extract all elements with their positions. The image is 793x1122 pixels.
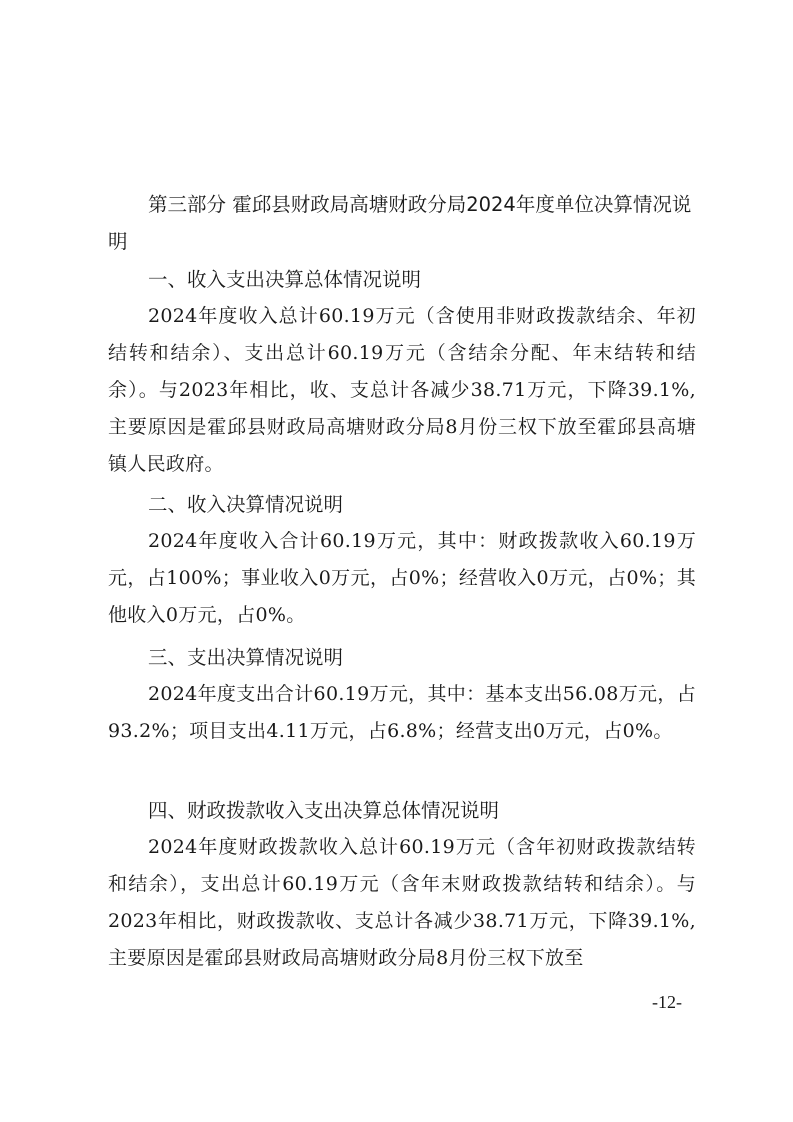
document-title: 第三部分 霍邱县财政局高塘财政分局2024年度单位决算情况说明	[108, 186, 696, 260]
section-2-paragraph: 2024年度收入合计60.19万元，其中：财政拨款收入60.19万元，占100%…	[108, 523, 696, 634]
section-1-paragraph: 2024年度收入总计60.19万元（含使用非财政拨款结余、年初结转和结余）、支出…	[108, 298, 696, 483]
section-4-paragraph: 2024年度财政拨款收入总计60.19万元（含年初财政拨款结转和结余），支出总计…	[108, 829, 696, 977]
document-page: 第三部分 霍邱县财政局高塘财政分局2024年度单位决算情况说明 一、收入支出决算…	[0, 0, 793, 1122]
section-1-heading: 一、收入支出决算总体情况说明	[148, 261, 421, 298]
page-number: -12-	[652, 992, 682, 1013]
section-4-heading: 四、财政拨款收入支出决算总体情况说明	[148, 792, 499, 829]
section-2-heading: 二、收入决算情况说明	[148, 486, 343, 523]
section-3-paragraph: 2024年度支出合计60.19万元，其中：基本支出56.08万元，占93.2%；…	[108, 676, 696, 750]
section-3-heading: 三、支出决算情况说明	[148, 639, 343, 676]
